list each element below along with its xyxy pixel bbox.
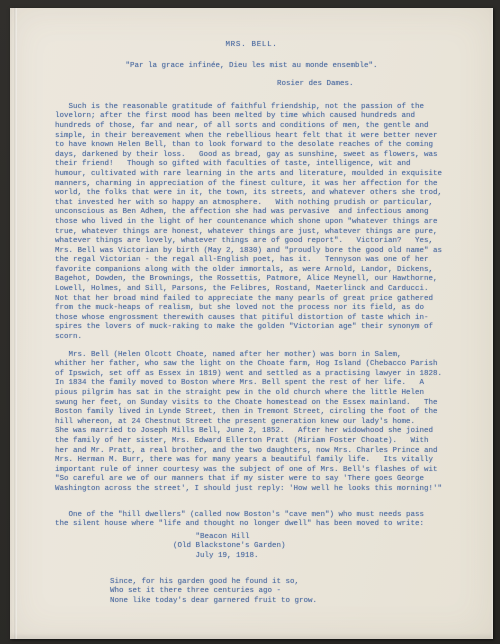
inscription-beacon-hill: "Beacon Hill (Old Blackstone's Garden) J… xyxy=(173,533,493,562)
epigraph: "Par la grace infinée, Dieu les mist au … xyxy=(10,62,493,72)
document-page: MRS. BELL. "Par la grace infinée, Dieu l… xyxy=(10,8,493,639)
epigraph-attribution: Rosier des Dames. xyxy=(277,80,493,90)
paragraph-hill-dwellers: One of the "hill dwellers" (called now B… xyxy=(55,511,493,530)
paragraph-biography: Mrs. Bell (Helen Olcott Choate, named af… xyxy=(55,351,493,495)
document-title: MRS. BELL. xyxy=(10,41,493,51)
photo-frame: MRS. BELL. "Par la grace infinée, Dieu l… xyxy=(0,0,500,644)
paragraph-friendship: Such is the reasonable gratitude of fait… xyxy=(55,103,493,343)
verse-quote: Since, for his garden good he found it s… xyxy=(110,578,493,607)
